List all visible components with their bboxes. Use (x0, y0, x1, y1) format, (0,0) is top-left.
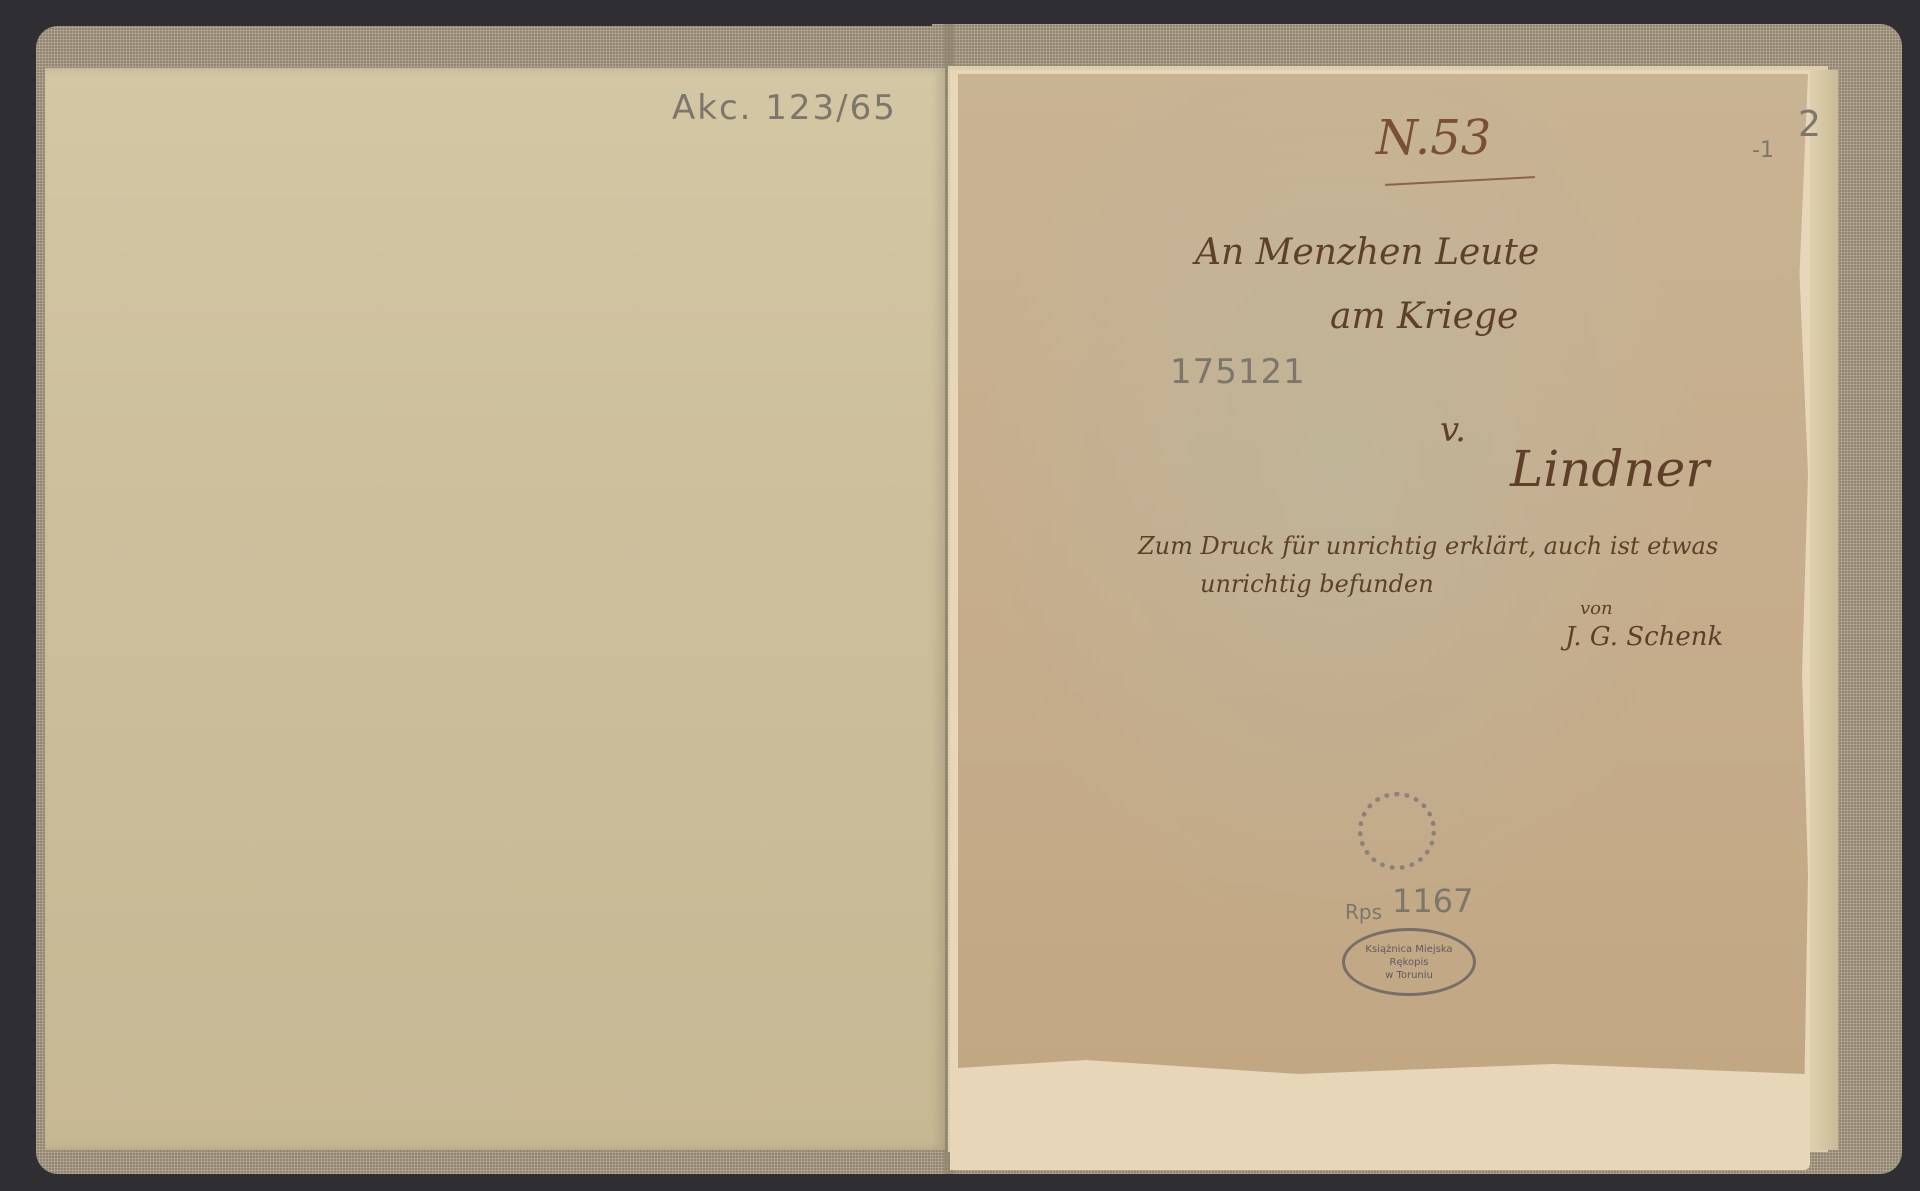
accession-mark: Akc. 123/65 (672, 88, 897, 128)
margin-mark: -1 (1752, 138, 1774, 163)
flyleaf-edge (1812, 70, 1838, 1150)
title-line-2: am Kriege (1330, 296, 1518, 337)
censor-signature: J. G. Schenk (1565, 622, 1723, 652)
round-library-stamp (1358, 792, 1436, 870)
folder-number: N.53 (1376, 110, 1491, 166)
shelfmark-prefix: Rps (1345, 900, 1382, 924)
author-name: Lindner (1510, 440, 1709, 498)
oval-library-stamp: Książnica Miejska Rękopis w Toruniu (1342, 928, 1476, 996)
oval-stamp-line-1: Książnica Miejska (1365, 943, 1452, 956)
oval-stamp-line-2: Rękopis (1390, 956, 1429, 969)
censor-note-line-1: Zum Druck für unrichtig erklärt, auch is… (1138, 532, 1718, 560)
censor-note-line-2: unrichtig befunden (1200, 570, 1434, 598)
censor-von: von (1580, 598, 1613, 619)
left-endpaper (45, 68, 945, 1150)
page-number: 2 (1798, 104, 1821, 145)
shelfmark-number: 1167 (1392, 882, 1473, 920)
title-line-1: An Menzhen Leute (1195, 232, 1539, 273)
author-prefix: v. (1440, 410, 1466, 450)
catalog-number: 175121 (1170, 352, 1306, 392)
oval-stamp-line-3: w Toruniu (1385, 969, 1433, 982)
